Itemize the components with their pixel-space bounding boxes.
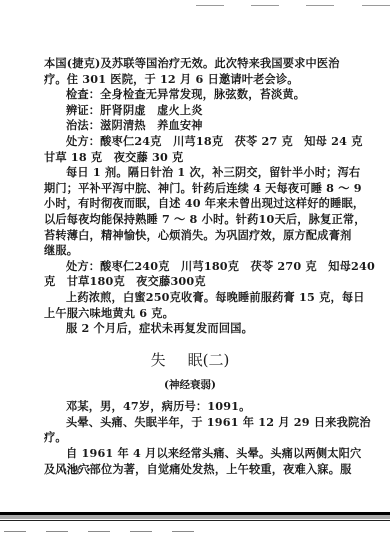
text-line: 治法：滋阴清热 养血安神 [44, 118, 336, 134]
text-line: 克 甘草180克 夜交藤300克 [44, 274, 336, 290]
scan-border-thin [0, 520, 390, 521]
section-subtitle: (神经衰弱) [44, 378, 336, 394]
section-title-part2: 眠(二) [188, 351, 230, 369]
text-line: 小时，有时彻夜而眠，自述 40 年来未曾出现过这样好的睡眠， [44, 196, 336, 212]
text-line: 继服。 [44, 243, 336, 259]
text-line: 苔转薄白，精神愉快，心烦消失。为巩固疗效，原方配成膏剂 [44, 228, 336, 244]
page-number: • 46 • [62, 465, 91, 476]
text-line: 自 1961 年 4 月以来经常头痛、头晕。头痛以两侧太阳穴 [44, 446, 336, 462]
text-line: 处方：酸枣仁24克 川芎18克 茯苓 27 克 知母 24 克 [44, 134, 336, 150]
scan-border-gray [0, 515, 390, 519]
page-body: 本国(捷克)及苏联等国治疗无效。此次特来我国要求中医治疗。住 301 医院，于 … [44, 56, 336, 477]
text-line: 检查：全身检查无异常发现，脉弦数，苔淡黄。 [44, 87, 336, 103]
text-line: 甘草 18 克 夜交藤 30 克 [44, 150, 336, 166]
text-line: 邓某，男，47岁，病历号：1091。 [44, 399, 336, 415]
text-line: 期门；平补平泻中脘、神门。针药后连续 4 天每夜可睡 8 ～ 9 [44, 181, 336, 197]
section-title-part1: 失 [151, 351, 166, 369]
text-line: 上药浓煎，白蜜250克收膏。每晚睡前服药膏 15 克，每日 [44, 290, 336, 306]
text-line: 以后每夜均能保持熟睡 7 ～ 8 小时。针药10天后，脉复正常， [44, 212, 336, 228]
text-line: 疗。 [44, 430, 336, 446]
text-line: 处方：酸枣仁240克 川芎180克 茯苓 270 克 知母240 [44, 259, 336, 275]
top-scan-marks [0, 5, 390, 7]
text-line: 每日 1 剂。隔日针治 1 次，补三阴交，留针半小时；泻右 [44, 165, 336, 181]
text-line: 头晕、头痛、失眠半年，于 1961 年 12 月 29 日来我院治 [44, 415, 336, 431]
section-title: 失眠(二) [44, 346, 336, 374]
text-line: 辨证：肝肾阴虚 虚火上炎 [44, 103, 336, 119]
text-line: 本国(捷克)及苏联等国治疗无效。此次特来我国要求中医治 [44, 56, 336, 72]
case-one-text: 本国(捷克)及苏联等国治疗无效。此次特来我国要求中医治疗。住 301 医院，于 … [44, 56, 336, 337]
text-line: 服 2 个月后，症状未再复发而回国。 [44, 321, 336, 337]
text-line: 疗。住 301 医院，于 12 月 6 日邀请叶老会诊。 [44, 72, 336, 88]
text-line: 上午服六味地黄丸 6 克。 [44, 306, 336, 322]
